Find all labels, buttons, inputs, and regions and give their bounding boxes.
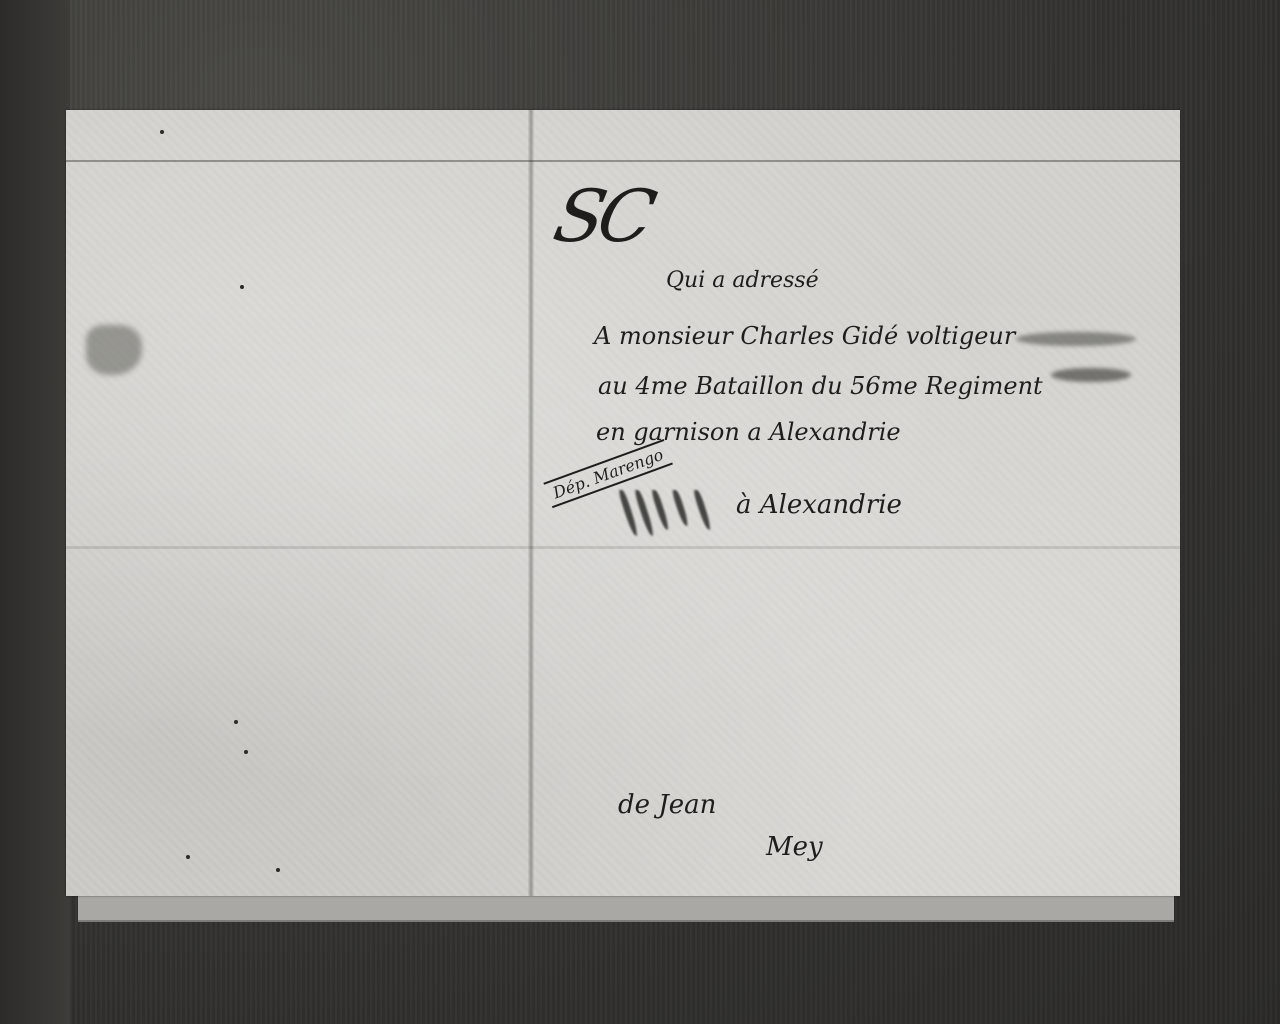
ink-speck: [160, 130, 164, 134]
annotation-line: Qui a adressé: [666, 268, 819, 293]
seal-residue: [1051, 368, 1131, 382]
stain: [86, 325, 142, 375]
ink-speck: [276, 868, 280, 872]
seal-residue: [1016, 332, 1136, 346]
postmark-ink-strokes: [621, 490, 731, 538]
ink-speck: [234, 720, 238, 724]
address-line-3: en garnison a Alexandrie: [596, 418, 901, 446]
sender-signature: Mey: [766, 832, 823, 862]
fold-line-middle: [66, 546, 1180, 549]
fold-line-top: [66, 160, 1180, 162]
fold-line-vertical: [528, 110, 534, 896]
ink-speck: [240, 285, 244, 289]
monogram: SC: [547, 174, 657, 258]
backdrop: [0, 0, 70, 1024]
address-line-1: A monsieur Charles Gidé voltigeur: [594, 322, 1015, 350]
ink-speck: [186, 855, 190, 859]
letter-sheet: SC Qui a adressé A monsieur Charles Gidé…: [66, 110, 1180, 896]
destination: à Alexandrie: [736, 490, 902, 520]
sender-line: de Jean: [618, 790, 716, 820]
address-line-2: au 4me Bataillon du 56me Regiment: [598, 372, 1043, 400]
ink-speck: [244, 750, 248, 754]
